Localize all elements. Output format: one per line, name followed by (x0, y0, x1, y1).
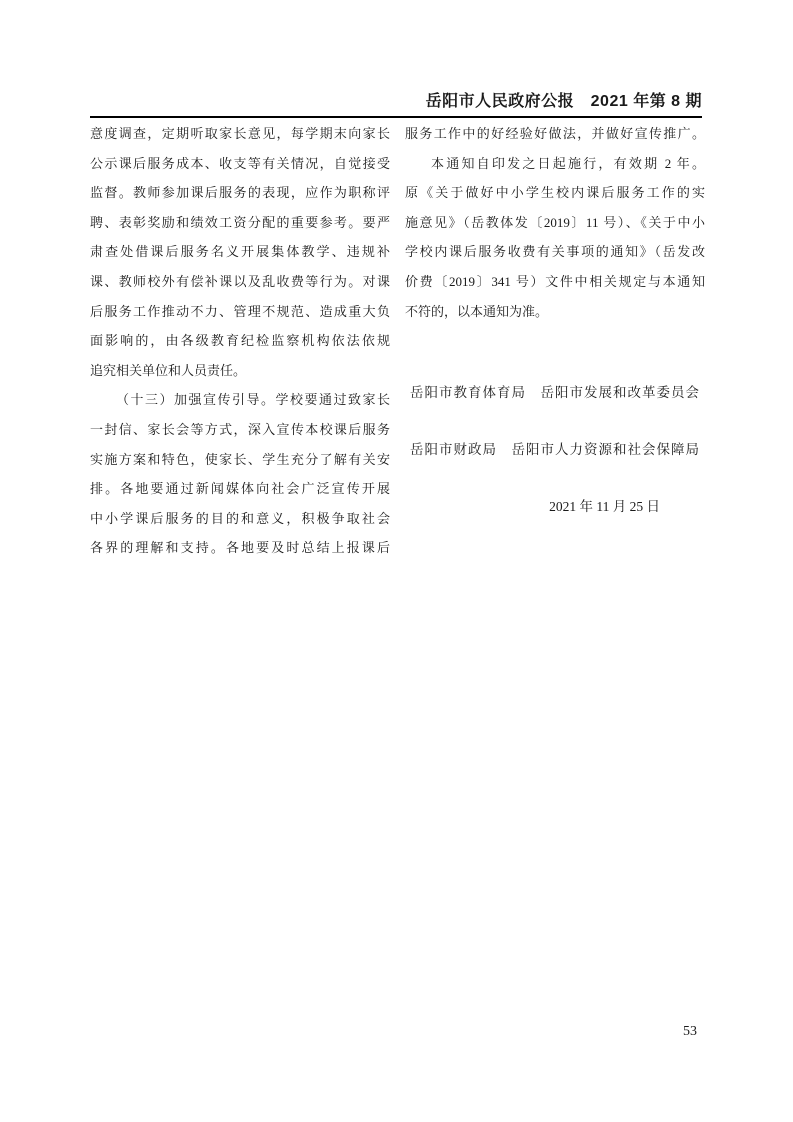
text-line: 各界的理解和支持。各地要及时总结上报课后 (90, 533, 390, 563)
page-header-title: 岳阳市人民政府公报 2021 年第 8 期 (90, 88, 702, 111)
text-line: 课、教师校外有偿补课以及乱收费等行为。对课 (90, 267, 390, 297)
text-line: 中小学课后服务的目的和意义，积极争取社会 (90, 504, 390, 534)
signing-agencies-line-1: 岳阳市教育体育局 岳阳市发展和改革委员会 (405, 364, 705, 421)
header-rule (90, 116, 702, 118)
text-line: （十三）加强宣传引导。学校要通过致家长 (90, 385, 390, 415)
text-line: 实施方案和特色，使家长、学生充分了解有关安 (90, 445, 390, 475)
text-line: 施意见》（岳教体发〔2019〕11 号）、《关于中小 (405, 208, 705, 238)
right-column-text: 服务工作中的好经验好做法，并做好宣传推广。本通知自印发之日起施行，有效期 2 年… (405, 119, 705, 326)
page-number: 53 (683, 1024, 697, 1040)
text-line: 不符的，以本通知为准。 (405, 297, 705, 327)
right-column: 服务工作中的好经验好做法，并做好宣传推广。本通知自印发之日起施行，有效期 2 年… (405, 119, 705, 563)
text-line: 学校内课后服务收费有关事项的通知》（岳发改 (405, 237, 705, 267)
text-line: 价费〔2019〕341 号）文件中相关规定与本通知 (405, 267, 705, 297)
text-line: 本通知自印发之日起施行，有效期 2 年。 (405, 149, 705, 179)
text-line: 聘、表彰奖励和绩效工资分配的重要参考。要严 (90, 208, 390, 238)
text-line: 排。各地要通过新闻媒体向社会广泛宣传开展 (90, 474, 390, 504)
two-column-body: 意度调查，定期听取家长意见，每学期末向家长公示课后服务成本、收支等有关情况，自觉… (90, 119, 705, 563)
text-line: 一封信、家长会等方式，深入宣传本校课后服务 (90, 415, 390, 445)
text-line: 监督。教师参加课后服务的表现，应作为职称评 (90, 178, 390, 208)
signing-agencies-line-2: 岳阳市财政局 岳阳市人力资源和社会保障局 (405, 421, 705, 478)
text-line: 肃查处借课后服务名义开展集体教学、违规补 (90, 237, 390, 267)
text-line: 意度调查，定期听取家长意见，每学期末向家长 (90, 119, 390, 149)
text-line: 服务工作中的好经验好做法，并做好宣传推广。 (405, 119, 705, 149)
text-line: 追究相关单位和人员责任。 (90, 356, 390, 386)
text-line: 面影响的，由各级教育纪检监察机构依法依规 (90, 326, 390, 356)
text-line: 后服务工作推动不力、管理不规范、造成重大负 (90, 297, 390, 327)
text-line: 公示课后服务成本、收支等有关情况，自觉接受 (90, 149, 390, 179)
signature-date: 2021 年 11 月 25 日 (405, 478, 705, 535)
signature-block: 岳阳市教育体育局 岳阳市发展和改革委员会 岳阳市财政局 岳阳市人力资源和社会保障… (405, 364, 705, 535)
text-line: 原《关于做好中小学生校内课后服务工作的实 (405, 178, 705, 208)
left-column: 意度调查，定期听取家长意见，每学期末向家长公示课后服务成本、收支等有关情况，自觉… (90, 119, 390, 563)
